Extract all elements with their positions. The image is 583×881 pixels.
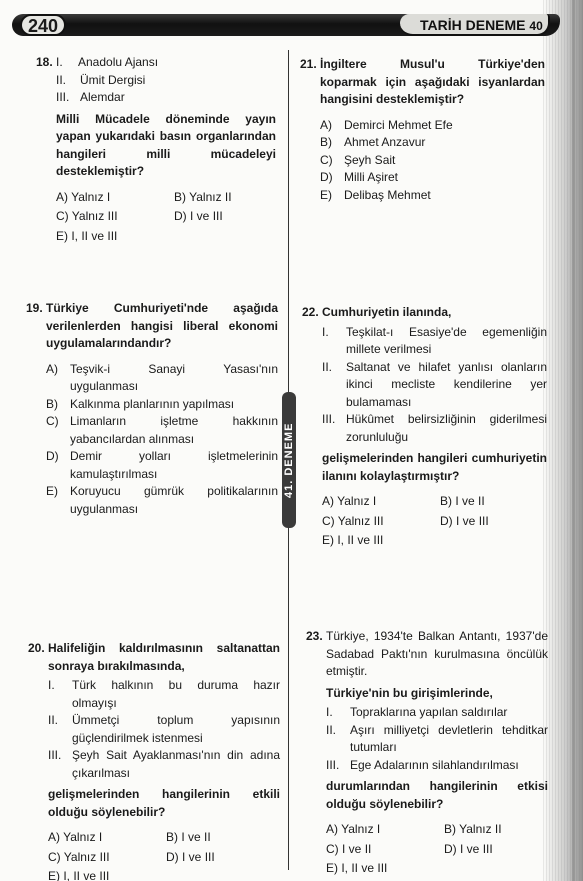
q18-option-e[interactable]: E) I, II ve III [56, 228, 174, 246]
q18-item-2: II. Ümit Dergisi [36, 72, 276, 90]
q20-option-e[interactable]: E) I, II ve III [48, 868, 166, 881]
question-18: 18. I. Anadolu Ajansı II. Ümit Dergisi I… [36, 54, 276, 245]
page-number: 240 [20, 14, 66, 36]
q21-options: A)Demirci Mehmet Efe B)Ahmet Anzavur C)Ş… [300, 117, 545, 205]
q22-options: A) Yalnız I B) I ve II C) Yalnız III D) … [302, 493, 547, 550]
q23-item-2: II.Aşırı milliyetçi devletlerin tehditka… [326, 722, 548, 757]
header-title: TARİH DENEME 40 [400, 14, 550, 36]
q23-items: I.Topraklarına yapılan saldırılar II.Aşı… [306, 704, 548, 774]
q20-option-c[interactable]: C) Yalnız III [48, 849, 166, 867]
q23-lead: Türkiye'nin bu girişimlerinde, [306, 685, 548, 703]
question-19: 19. Türkiye Cumhuriyeti'nde aşağıda veri… [26, 300, 278, 518]
q20-item-2: II.Ümmetçi toplum yapısının güçlendirilm… [48, 712, 280, 747]
page-edge-shadow [543, 0, 583, 881]
question-21: 21. İngiltere Musul'u Türkiye'den koparm… [300, 56, 545, 204]
q23-item-3: III.Ege Adalarının silahlandırılması [326, 757, 548, 775]
q19-option-b[interactable]: B)Kalkınma planlarının yapılması [46, 396, 278, 414]
q22-item-2: II.Saltanat ve hilafet yanlısı olanların… [322, 359, 547, 412]
q18-option-d[interactable]: D) I ve III [174, 208, 274, 226]
q22-option-c[interactable]: C) Yalnız III [322, 513, 440, 531]
question-20: 20. Halifeliğin kaldırılmasının saltanat… [28, 640, 280, 881]
q21-option-d[interactable]: D)Milli Aşiret [320, 169, 545, 187]
q22-option-b[interactable]: B) I ve II [440, 493, 540, 511]
q18-question: Milli Mücadele döneminde yayın yapan yuk… [36, 111, 276, 181]
q23-stem: 23. Türkiye, 1934'te Balkan Antantı, 193… [306, 628, 548, 681]
q19-option-a[interactable]: A)Teşvik-i Sanayi Yasası'nın uygulanması [46, 361, 278, 396]
q20-options: A) Yalnız I B) I ve II C) Yalnız III D) … [28, 829, 280, 881]
q18-option-c[interactable]: C) Yalnız III [56, 208, 174, 226]
q20-stem: 20. Halifeliğin kaldırılmasının saltanat… [28, 640, 280, 675]
q21-option-a[interactable]: A)Demirci Mehmet Efe [320, 117, 545, 135]
q23-option-b[interactable]: B) Yalnız II [444, 821, 544, 839]
q18-option-b[interactable]: B) Yalnız II [174, 189, 274, 207]
q22-item-3: III.Hükûmet belirsizliğinin giderilmesi … [322, 411, 547, 446]
q23-item-1: I.Topraklarına yapılan saldırılar [326, 704, 548, 722]
q23-option-a[interactable]: A) Yalnız I [326, 821, 444, 839]
q19-stem: 19. Türkiye Cumhuriyeti'nde aşağıda veri… [26, 300, 278, 353]
q22-items: I.Teşkilat-ı Esasiye'de egemenliğin mill… [302, 324, 547, 447]
q20-item-3: III.Şeyh Sait Ayaklanması'nın din adına … [48, 747, 280, 782]
q19-option-c[interactable]: C)Limanların işletme hakkının yabancılar… [46, 413, 278, 448]
q19-option-e[interactable]: E)Koruyucu gümrük politikalarının uygula… [46, 483, 278, 518]
q23-option-e[interactable]: E) I, II ve III [326, 860, 444, 878]
test-number: 40 [529, 19, 542, 33]
q22-option-d[interactable]: D) I ve III [440, 513, 540, 531]
q22-item-1: I.Teşkilat-ı Esasiye'de egemenliğin mill… [322, 324, 547, 359]
q18-item-1: 18. I. Anadolu Ajansı [36, 54, 276, 72]
q22-option-e[interactable]: E) I, II ve III [322, 532, 440, 550]
q23-option-c[interactable]: C) I ve II [326, 841, 444, 859]
q20-item-1: I.Türk halkının bu duruma hazır olmayışı [48, 677, 280, 712]
q19-options: A)Teşvik-i Sanayi Yasası'nın uygulanması… [26, 361, 278, 519]
q18-item-3: III. Alemdar [36, 89, 276, 107]
side-tab-label: 41. DENEME [282, 392, 296, 528]
q23-options: A) Yalnız I B) Yalnız II C) I ve II D) I… [306, 821, 548, 878]
q20-question: gelişmelerinden hangilerinin etkili oldu… [28, 786, 280, 821]
q22-question: gelişmelerinden hangileri cumhuriyetin i… [302, 450, 547, 485]
q18-options: A) Yalnız I B) Yalnız II C) Yalnız III D… [36, 189, 276, 246]
q19-option-d[interactable]: D)Demir yolları işletmelerinin kamulaştı… [46, 448, 278, 483]
q20-option-d[interactable]: D) I ve III [166, 849, 266, 867]
q21-option-b[interactable]: B)Ahmet Anzavur [320, 134, 545, 152]
question-23: 23. Türkiye, 1934'te Balkan Antantı, 193… [306, 628, 548, 878]
q20-option-b[interactable]: B) I ve II [166, 829, 266, 847]
q21-option-c[interactable]: C)Şeyh Sait [320, 152, 545, 170]
q18-option-a[interactable]: A) Yalnız I [56, 189, 174, 207]
q22-option-a[interactable]: A) Yalnız I [322, 493, 440, 511]
q21-stem: 21. İngiltere Musul'u Türkiye'den koparm… [300, 56, 545, 109]
q23-option-d[interactable]: D) I ve III [444, 841, 544, 859]
header-title-text: TARİH DENEME [420, 17, 526, 33]
q23-question: durumlarından hangilerinin etkisi olduğu… [306, 778, 548, 813]
q21-option-e[interactable]: E)Delibaş Mehmet [320, 187, 545, 205]
q20-option-a[interactable]: A) Yalnız I [48, 829, 166, 847]
q20-items: I.Türk halkının bu duruma hazır olmayışı… [28, 677, 280, 782]
q22-stem: 22. Cumhuriyetin ilanında, [302, 304, 547, 322]
question-22: 22. Cumhuriyetin ilanında, I.Teşkilat-ı … [302, 304, 547, 550]
